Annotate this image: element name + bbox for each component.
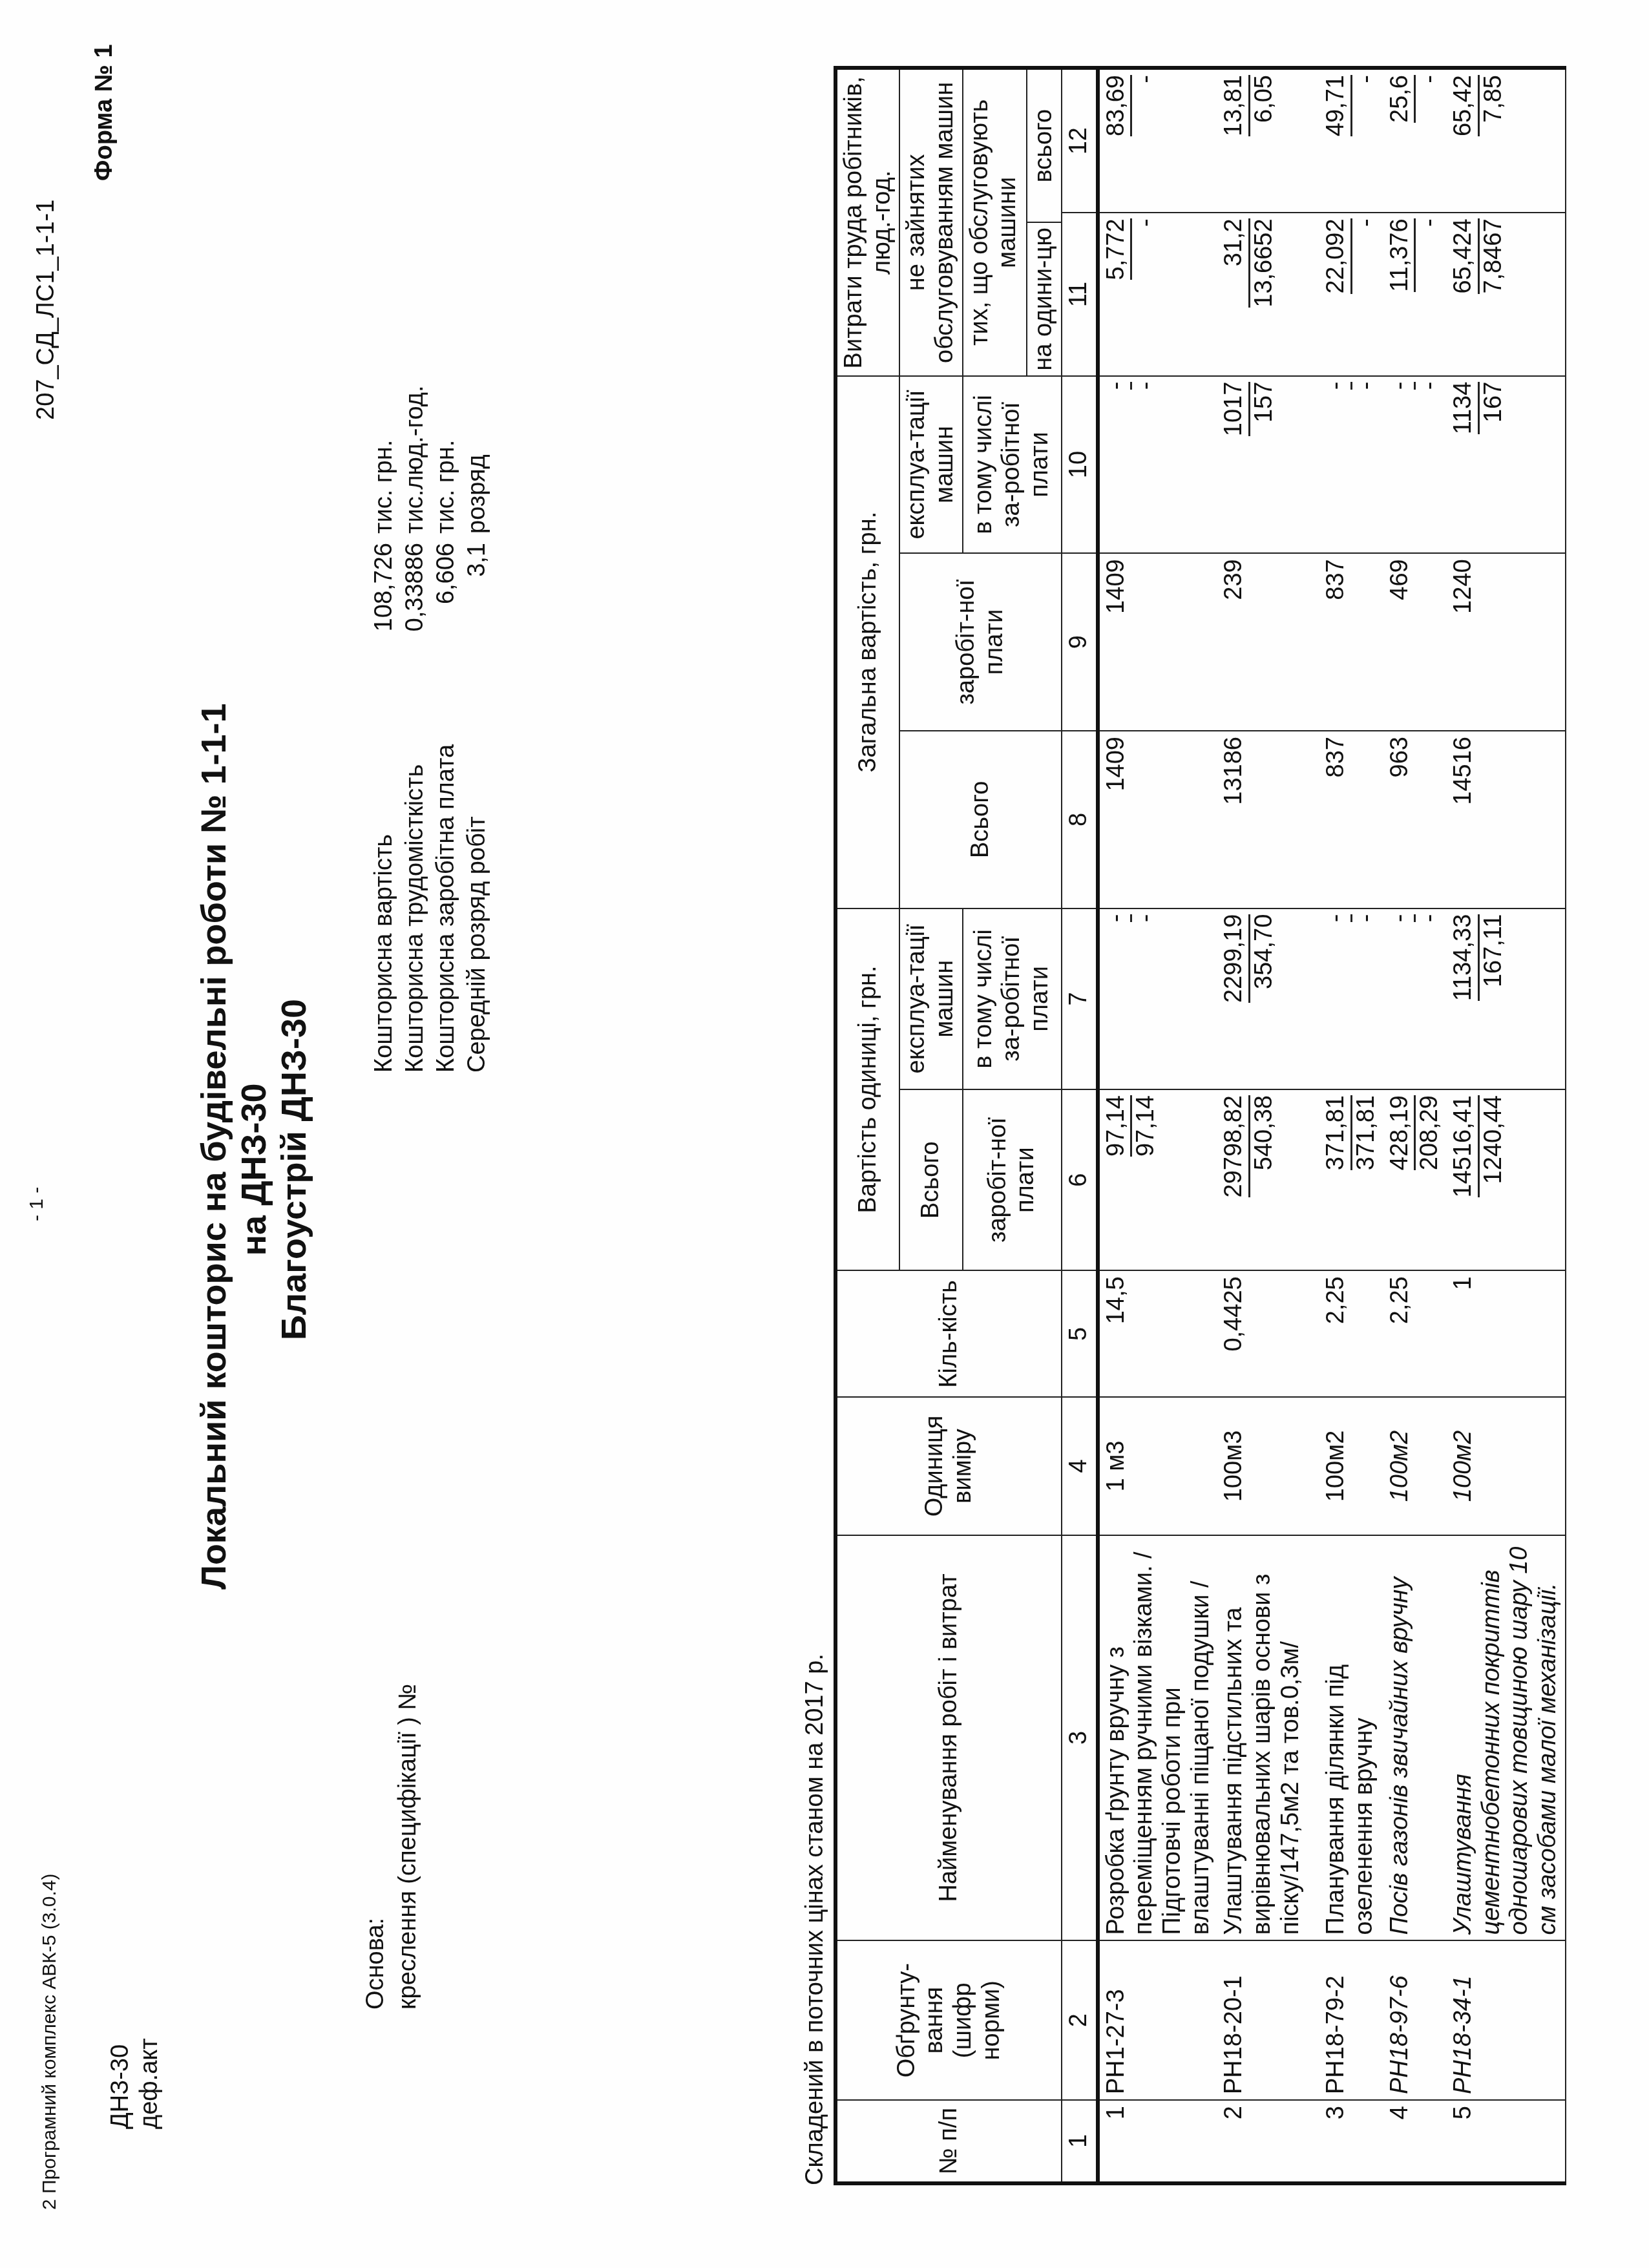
row-labor-total: 49,71- [1322,75,1380,136]
row-total-wages: 469 [1383,553,1447,731]
row-unit: 100м3 [1217,1398,1319,1535]
header-total-wages: заробіт-ної плати [899,553,1061,731]
table-row: 4РН18-97-6Посів газонів звичайних вручну… [1383,68,1447,2183]
header-total-machine-wages: в тому числі за-робітної плати [963,376,1062,554]
row-total: 13186 [1217,731,1319,908]
summary-value: 3,1 [461,543,492,672]
row-code: РН18-97-6 [1383,1940,1447,2100]
header-total-all: Всього [899,731,1061,908]
summary-unit: розряд [461,454,492,543]
row-unit-cost: 97,1497,14 [1102,1095,1161,1157]
row-name: Посів газонів звичайних вручну [1383,1535,1447,1941]
row-total-machine: 1017157 [1220,382,1278,437]
row-unit-cost: 428,19208,29 [1386,1095,1444,1170]
summary-value: 108,726 [368,543,399,672]
title-line-3: Благоустрій ДНЗ-30 [274,750,314,1590]
row-num: 1 [1098,2100,1218,2183]
summary-value: 6,606 [430,543,461,672]
row-total-machine: 1134167 [1449,382,1507,435]
column-number: 11 [1062,213,1098,375]
row-code: РН18-34-1 [1447,1940,1566,2100]
row-labor-unit: 5,772- [1102,218,1161,280]
header-unit-all: Всього [899,1089,962,1270]
column-number: 10 [1062,376,1098,554]
row-unit: 100м2 [1319,1398,1383,1535]
header-total-machine: експлуа-тації машин [899,376,962,554]
row-code: РН18-20-1 [1217,1940,1319,2100]
row-name: Улаштування підстильних та вирівнювальни… [1217,1535,1319,1941]
row-labor-total: 25,6- [1386,75,1444,123]
row-total: 963 [1383,731,1447,908]
row-qty: 14,5 [1098,1270,1218,1397]
header-labor: Витрати труда робітників, люд.-год. [835,68,899,376]
summary-unit: тис. грн. [430,440,461,543]
row-total-machine: -- [1322,382,1380,390]
header-unit-machine: експлуа-тації машин [899,908,962,1089]
header-labor-total: всього [1027,70,1061,222]
row-total: 837 [1319,731,1383,908]
row-unit-machine: -- [1322,914,1380,923]
column-number: 6 [1062,1089,1098,1270]
row-total-wages: 837 [1319,553,1383,731]
row-code: РН18-79-2 [1319,1940,1383,2100]
row-unit: 100м2 [1383,1398,1447,1535]
summary-label: Кошторисна вартість [368,672,399,1073]
object-code: ДНЗ-30 [107,2044,134,2129]
row-qty: 2,25 [1383,1270,1447,1397]
row-name: Улаштування цементнобетонних покриттів о… [1447,1535,1566,1941]
column-number: 12 [1062,68,1098,213]
title-line-2: на ДНЗ-30 [234,750,274,1590]
row-num: 2 [1217,2100,1319,2183]
row-labor-total: 65,427,85 [1449,75,1507,136]
row-unit-machine: -- [1386,914,1444,923]
table-row: 3РН18-79-2Планування ділянки під озелене… [1319,68,1383,2183]
header-num: № п/п [835,2100,1062,2183]
row-num: 4 [1383,2100,1447,2183]
table-row: 5РН18-34-1Улаштування цементнобетонних п… [1447,68,1566,2183]
row-unit-cost: 371,81371,81 [1322,1095,1380,1170]
document-title: Локальний кошторис на будівельні роботи … [194,750,314,1590]
summary-row: Середній розряд робіт3,1розряд [461,386,492,1073]
summary-label: Середній розряд робіт [461,672,492,1073]
row-unit-machine: -- [1102,914,1161,923]
row-num: 3 [1319,2100,1383,2183]
row-unit: 100м2 [1447,1398,1566,1535]
header-code: Обґрунту-вання (шифр норми) [835,1940,1062,2100]
header-unit-cost: Вартість одиниці, грн. [835,908,899,1271]
column-number: 1 [1062,2100,1098,2183]
row-unit: 1 м3 [1098,1398,1218,1535]
row-total-machine: -- [1102,382,1161,390]
summary-unit: тис.люд.-год. [399,386,430,543]
summary-row: Кошторисна трудомісткість0,33886тис.люд.… [399,386,430,1073]
row-unit-machine: 2299,19354,70 [1220,914,1278,1003]
row-qty: 2,25 [1319,1270,1383,1397]
header-unit: Одиниця виміру [835,1398,1062,1535]
column-number: 5 [1062,1270,1098,1397]
row-unit-machine: 1134,33167,11 [1449,914,1507,1002]
header-per-unit: на одини-цю [1027,222,1061,375]
header-machine-workers: тих, що обслуговують машини на одини-цю … [963,68,1062,376]
table-row: 1РН1-27-3Розробка ґрунту вручну з перемі… [1098,68,1218,2183]
row-total-machine: -- [1386,382,1444,390]
row-total-wages: 1409 [1098,553,1218,731]
summary-value: 0,33886 [399,543,430,672]
column-number: 4 [1062,1398,1098,1535]
basis-drawings: креслення (специфікації ) № [394,1684,422,2010]
row-code: РН1-27-3 [1098,1940,1218,2100]
summary-label: Кошторисна трудомісткість [399,672,430,1073]
column-number: 9 [1062,553,1098,731]
row-name: Розробка ґрунту вручну з переміщенням ру… [1098,1535,1218,1941]
column-number: 7 [1062,908,1098,1089]
header-qty: Кіль-кість [835,1270,1062,1397]
header-total-cost: Загальна вартість, грн. [835,376,899,908]
row-total: 14516 [1447,731,1566,908]
row-total-wages: 1240 [1447,553,1566,731]
form-label: Форма № 1 [90,44,118,181]
prices-note: Складений в поточних цінах станом на 201… [801,1654,829,2185]
estimate-page: 2 Програмний комплекс АВК-5 (3.0.4) - 1 … [0,0,1649,2268]
row-qty: 1 [1447,1270,1566,1397]
column-numbers-row: 123456789101112 [1062,68,1098,2183]
doc-code: 207_СД_ЛС1_1-1-1 [32,200,60,420]
row-unit-cost: 14516,411240,44 [1449,1095,1507,1198]
column-number: 3 [1062,1535,1098,1941]
page-number: - 1 - [26,1187,48,1221]
column-number: 8 [1062,731,1098,908]
header-name: Найменування робіт і витрат [835,1535,1062,1941]
summary-row: Кошторисна вартість108,726тис. грн. [368,386,399,1073]
row-total-wages: 239 [1217,553,1319,731]
row-unit-cost: 29798,82540,38 [1220,1095,1278,1198]
object-doc: деф.акт [136,2038,163,2129]
row-labor-unit: 22,092- [1322,218,1380,293]
row-name: Планування ділянки під озеленення вручну [1319,1535,1383,1941]
summary-unit: тис. грн. [368,440,399,543]
summary-label: Кошторисна заробітна плата [430,672,461,1073]
row-labor-total: 83,69- [1102,75,1161,136]
header-unit-wages: заробіт-ної плати [963,1089,1062,1270]
row-num: 5 [1447,2100,1566,2183]
header-unit-machine-wages: в тому числі за-робітної плати [963,908,1062,1089]
row-labor-total: 13,816,05 [1220,75,1278,136]
basis-label: Основа: [362,1918,390,2010]
row-labor-unit: 11,376- [1386,218,1444,291]
header-not-machine: не зайнятих обслуговуванням машин [899,68,962,376]
summary-block: Кошторисна вартість108,726тис. грн.Кошто… [368,386,492,1073]
header-machine-workers-label: тих, що обслуговують машини [966,75,1022,370]
row-labor-unit: 31,213,6652 [1220,218,1278,307]
row-total: 1409 [1098,731,1218,908]
table-row: 2РН18-20-1Улаштування підстильних та вир… [1217,68,1319,2183]
row-qty: 0,4425 [1217,1270,1319,1397]
row-labor-unit: 65,4247,8467 [1449,218,1507,293]
column-number: 2 [1062,1940,1098,2100]
title-line-1: Локальний кошторис на будівельні роботи … [194,750,234,1590]
estimate-table: № п/п Обґрунту-вання (шифр норми) Наймен… [834,66,1566,2185]
software-label: 2 Програмний комплекс АВК-5 (3.0.4) [39,1873,61,2210]
summary-row: Кошторисна заробітна плата6,606тис. грн. [430,386,461,1073]
